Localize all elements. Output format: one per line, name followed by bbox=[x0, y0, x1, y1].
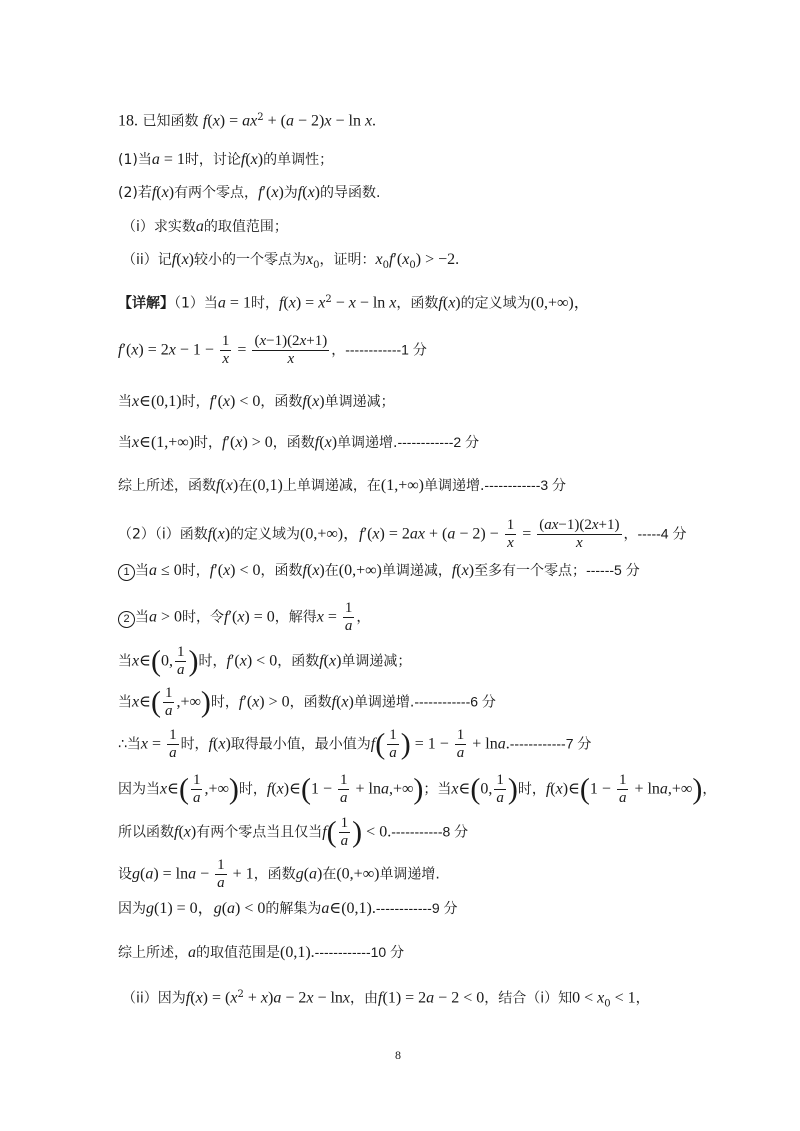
problem-part-1: (1)当a = 1时，讨论f(x)的单调性； bbox=[118, 150, 333, 170]
solution-line-4: 当x∈(1,+∞)时，f′(x) > 0，函数f(x)单调递增.--------… bbox=[118, 432, 479, 453]
solution-header: 【详解】 bbox=[118, 296, 174, 312]
solution-line-11: ∴当x = 1a时，f(x)取得最小值，最小值为f(1a) = 1 − 1a +… bbox=[118, 727, 591, 762]
solution-line-14: 设g(a) = lna − 1a + 1，函数g(a)在(0,+∞)单调递增. bbox=[118, 857, 440, 892]
problem-part-2: (2)若f(x)有两个零点，f′(x)为f(x)的导函数. bbox=[118, 183, 380, 203]
solution-line-7: 1当a ≤ 0时，f′(x) < 0，函数f(x)在(0,+∞)单调递减，f(x… bbox=[118, 560, 640, 581]
solution-line-2: f′(x) = 2x − 1 − 1x = (x−1)(2x+1)x，-----… bbox=[118, 333, 427, 368]
circled-one-icon: 1 bbox=[118, 564, 135, 581]
solution-line-5: 综上所述，函数f(x)在(0,1)上单调递减，在(1,+∞)单调递增.-----… bbox=[118, 475, 566, 496]
solution-line-3: 当x∈(0,1)时，f′(x) < 0，函数f(x)单调递减； bbox=[118, 392, 395, 412]
page-number: 8 bbox=[395, 1048, 401, 1063]
solution-line-10: 当x∈(1a,+∞)时，f′(x) > 0，函数f(x)单调递增.-------… bbox=[118, 685, 496, 720]
solution-line-1: 【详解】（1）当a = 1时，f(x) = x2 − x − ln x，函数f(… bbox=[118, 290, 590, 314]
solution-line-8: 2当a > 0时，令f′(x) = 0，解得x = 1a， bbox=[118, 600, 370, 635]
solution-line-13: 所以函数f(x)有两个零点当且仅当f(1a) < 0.-----------8 … bbox=[118, 815, 468, 850]
document-page: 18. 已知函数 f(x) = ax2 + (a − 2)x − ln x. (… bbox=[0, 0, 800, 1131]
solution-line-16: 综上所述，a的取值范围是(0,1).------------10 分 bbox=[118, 942, 404, 963]
circled-two-icon: 2 bbox=[118, 611, 135, 628]
problem-part-2-i: （i）求实数a的取值范围； bbox=[122, 217, 288, 237]
solution-line-6: （2）（i）函数f(x)的定义域为(0,+∞)，f′(x) = 2ax + (a… bbox=[118, 517, 687, 552]
problem-part-2-ii: （ii）记f(x)较小的一个零点为x0，证明：x0f′(x0) > −2. bbox=[122, 250, 459, 276]
score-marker: ------------1 分 bbox=[345, 342, 427, 358]
solution-line-17: （ii）因为f(x) = (x2 + x)a − 2x − lnx，由f(1) … bbox=[122, 985, 650, 1014]
solution-line-15: 因为g(1) = 0，g(a) < 0的解集为a∈(0,1).---------… bbox=[118, 898, 458, 919]
problem-title: 18. 已知函数 f(x) = ax2 + (a − 2)x − ln x. bbox=[118, 108, 376, 132]
solution-line-12: 因为当x∈(1a,+∞)时，f(x)∈(1 − 1a + lna,+∞)；当x∈… bbox=[118, 772, 716, 807]
solution-line-9: 当x∈(0,1a)时，f′(x) < 0，函数f(x)单调递减； bbox=[118, 644, 411, 679]
